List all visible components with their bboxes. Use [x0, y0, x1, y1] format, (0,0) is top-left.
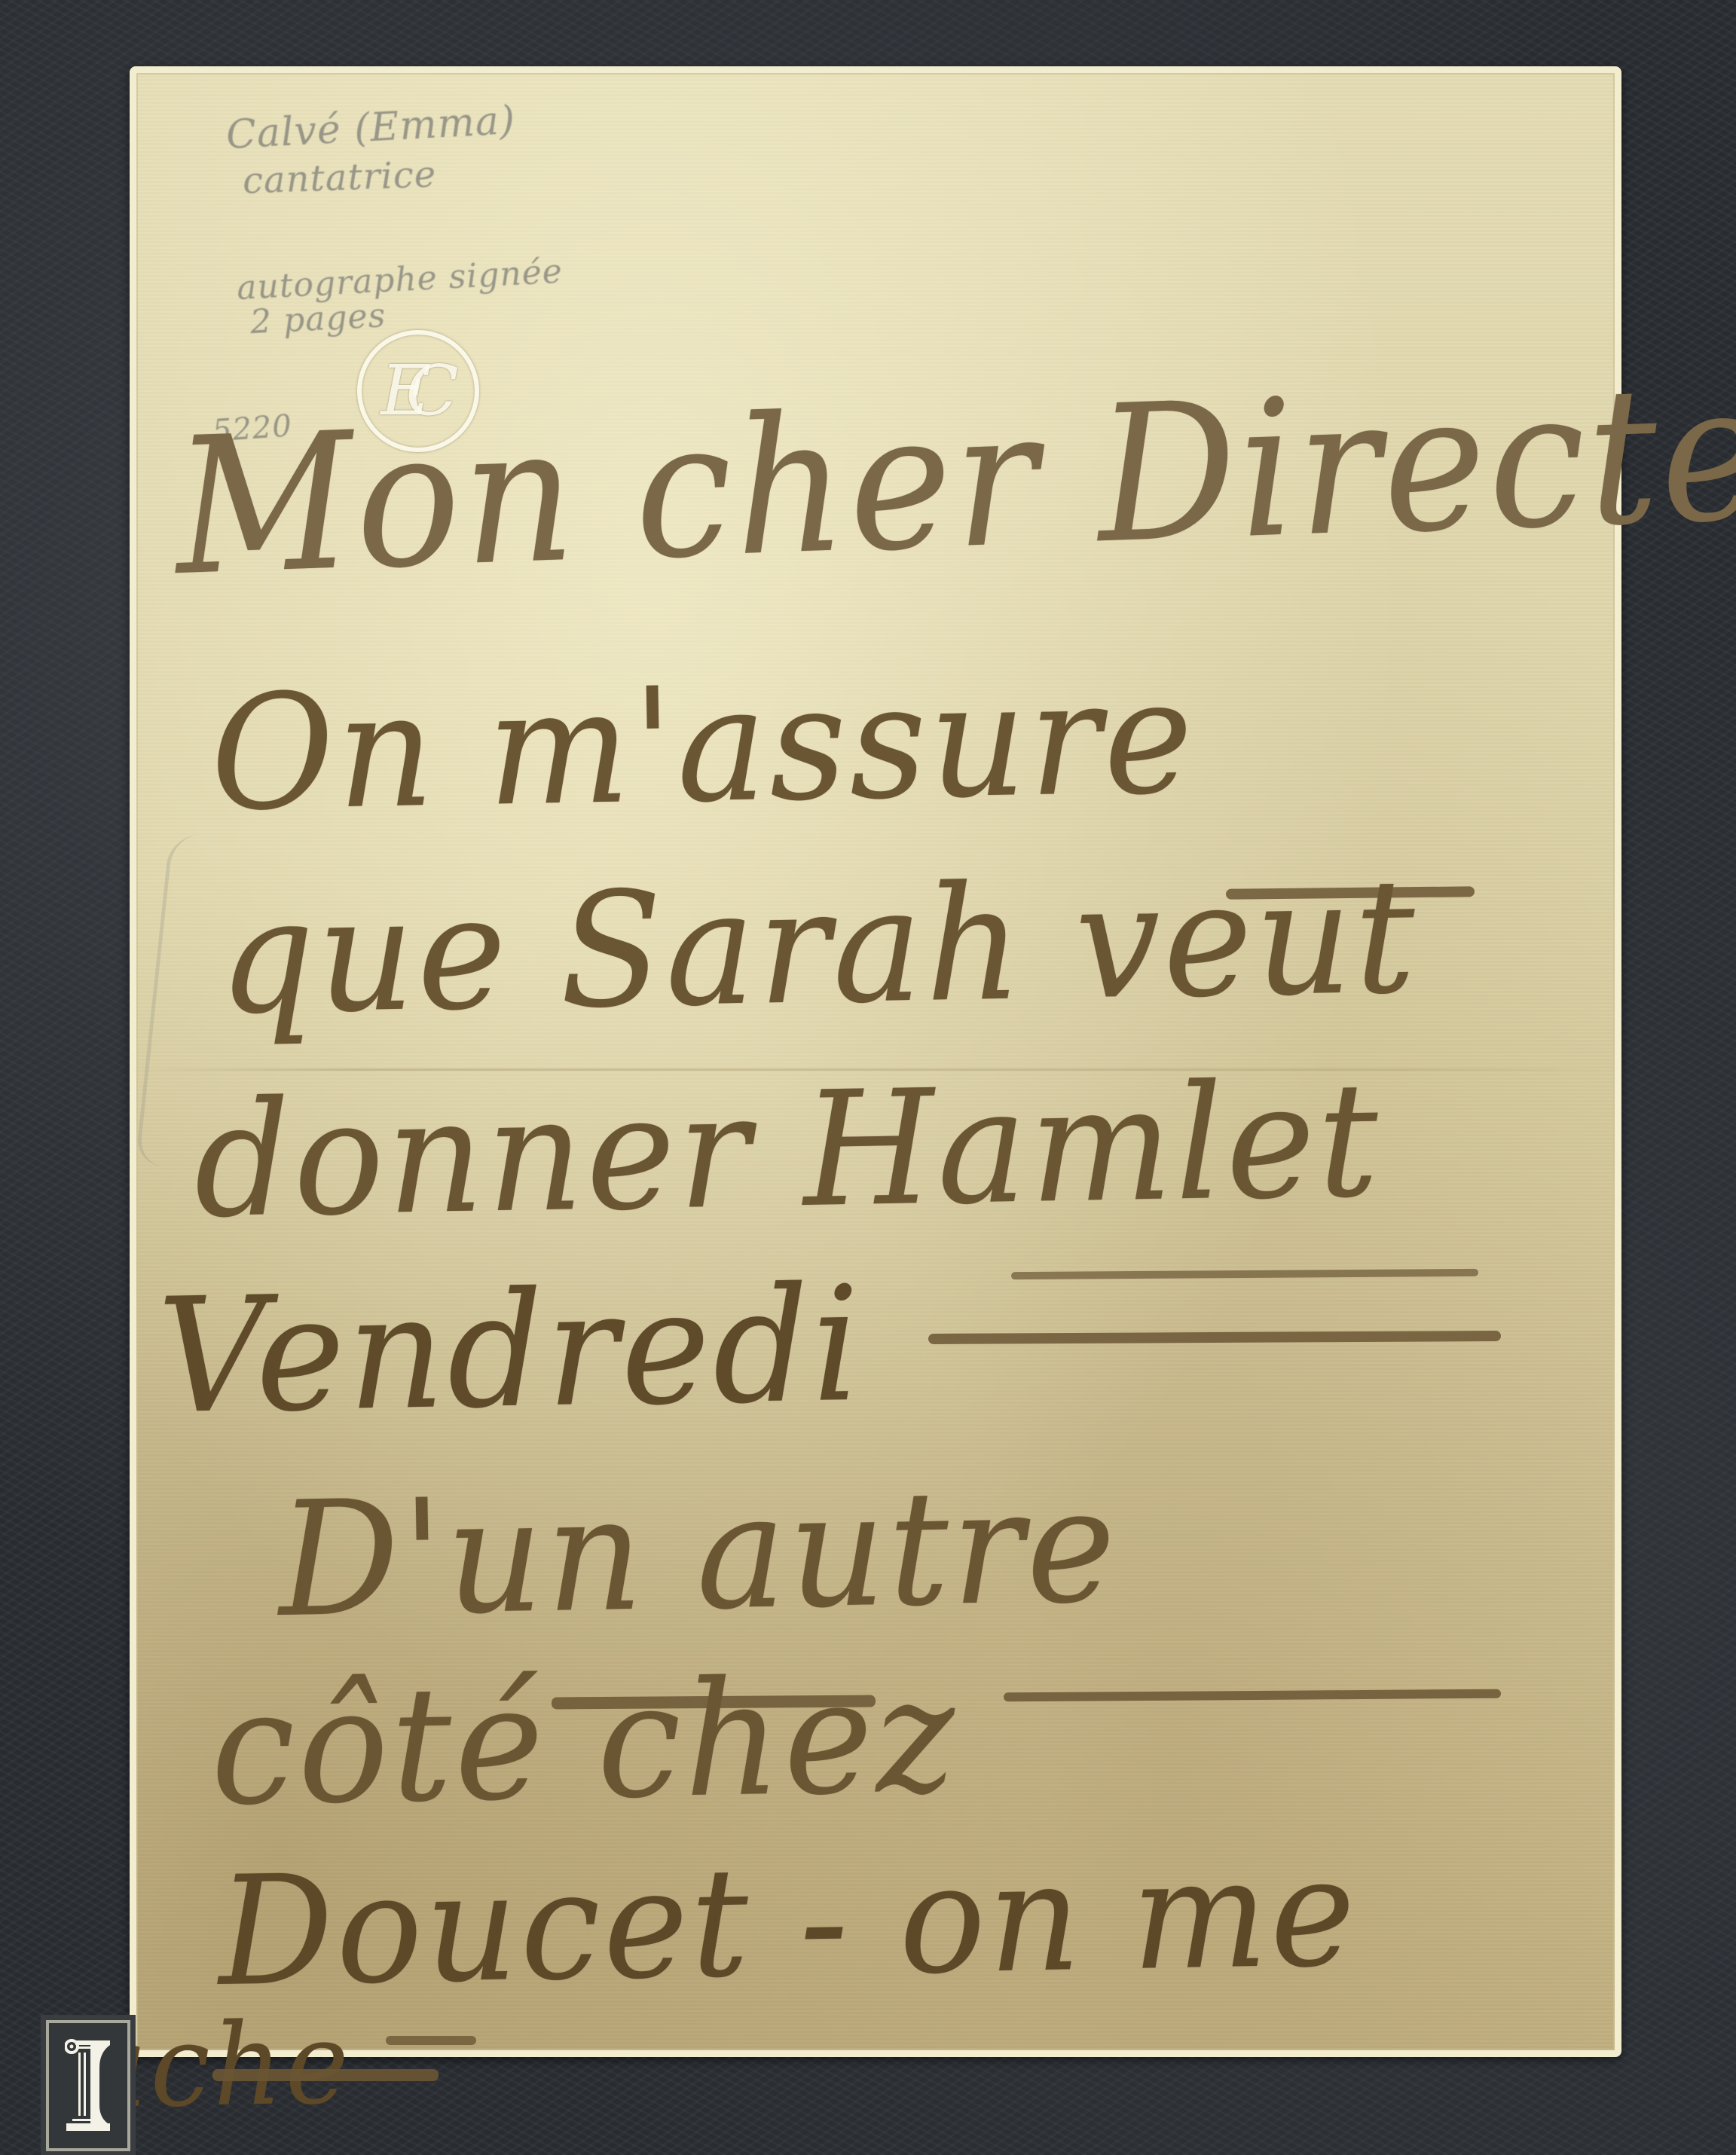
letter-page: Calvé (Emma) cantatrice autographe signé… — [130, 66, 1621, 2057]
letter-line: côté chez — [209, 1643, 959, 1841]
ink-dash — [1004, 1689, 1501, 1702]
letter-line: Vendredi — [157, 1252, 864, 1449]
institution-logo — [41, 2015, 136, 2155]
letter-line: que Sarah veut — [217, 844, 1420, 1050]
ink-dash — [1226, 886, 1475, 899]
logo-frame — [46, 2020, 130, 2151]
pencil-annotation: 2 pages — [249, 296, 387, 341]
pencil-annotation: Calvé (Emma) — [225, 98, 517, 158]
letter-line: Doucet - on me — [217, 1825, 1359, 2020]
ionic-column-icon — [65, 2037, 112, 2134]
ink-dash — [928, 1331, 1501, 1344]
pencil-annotation: cantatrice — [242, 154, 437, 203]
letter-line: On m'assure — [209, 644, 1197, 846]
letter-line: donner Hamlet — [193, 1048, 1383, 1253]
ink-dash — [1011, 1269, 1478, 1279]
pencil-annotation: autographe signée — [236, 252, 564, 308]
ink-dash — [386, 2036, 476, 2045]
letter-line: D'un autre — [277, 1453, 1120, 1652]
ink-underline — [212, 2069, 439, 2081]
ink-dash — [552, 1695, 876, 1709]
